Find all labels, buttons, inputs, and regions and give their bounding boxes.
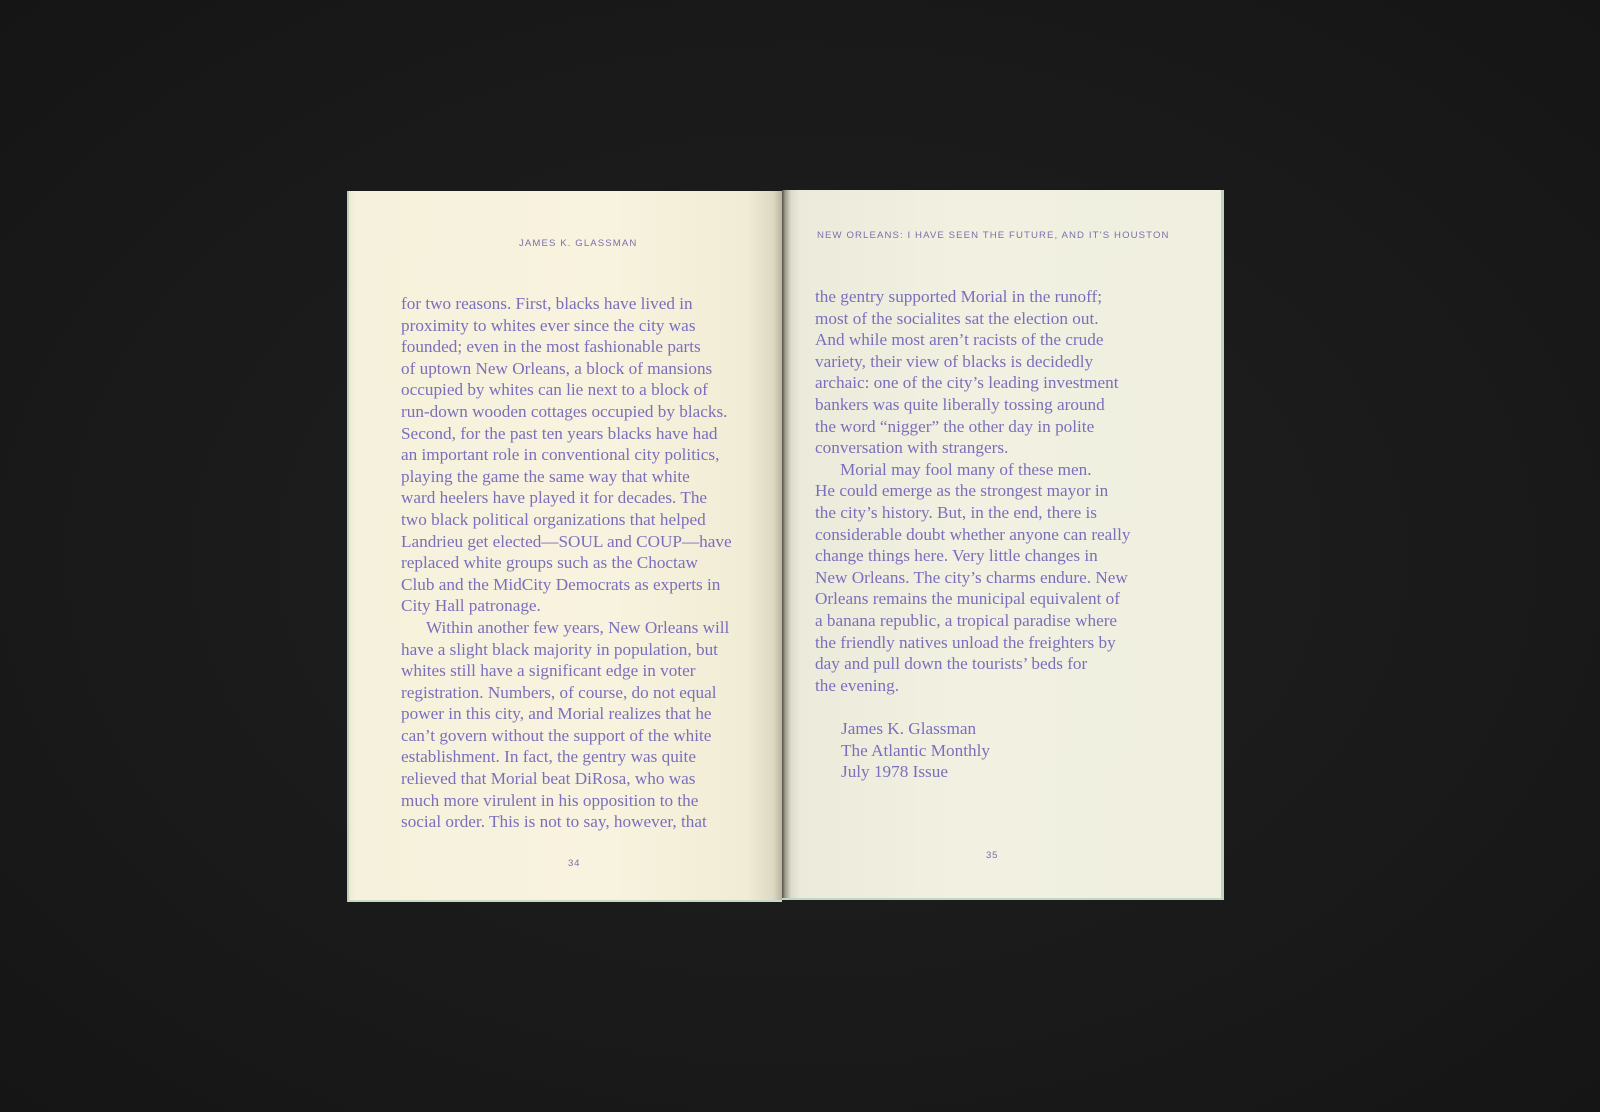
text-line: the evening. — [815, 675, 1130, 697]
text-line: bankers was quite liberally tossing arou… — [815, 394, 1130, 416]
signature-publication: The Atlantic Monthly — [841, 740, 990, 762]
text-line: ward heelers have played it for decades.… — [401, 487, 732, 509]
text-line: variety, their view of blacks is decided… — [815, 351, 1130, 373]
text-line: Second, for the past ten years blacks ha… — [401, 423, 732, 445]
text-line: City Hall patronage. — [401, 595, 732, 617]
text-line: have a slight black majority in populati… — [401, 639, 732, 661]
signature-author: James K. Glassman — [841, 718, 990, 740]
text-line: proximity to whites ever since the city … — [401, 315, 732, 337]
page-number-right: 35 — [986, 850, 998, 861]
text-line: occupied by whites can lie next to a blo… — [401, 379, 732, 401]
text-line: founded; even in the most fashionable pa… — [401, 336, 732, 358]
text-line: establishment. In fact, the gentry was q… — [401, 746, 732, 768]
text-line: replaced white groups such as the Chocta… — [401, 552, 732, 574]
text-line: power in this city, and Morial realizes … — [401, 703, 732, 725]
text-line: He could emerge as the strongest mayor i… — [815, 480, 1130, 502]
text-line: a banana republic, a tropical paradise w… — [815, 610, 1130, 632]
running-head-author: JAMES K. GLASSMAN — [519, 238, 637, 249]
left-page: JAMES K. GLASSMAN for two reasons. First… — [347, 191, 782, 902]
text-line: social order. This is not to say, howeve… — [401, 811, 732, 833]
text-line: And while most aren’t racists of the cru… — [815, 329, 1130, 351]
text-line: considerable doubt whether anyone can re… — [815, 524, 1130, 546]
text-line: two black political organizations that h… — [401, 509, 732, 531]
running-head-title: NEW ORLEANS: I HAVE SEEN THE FUTURE, AND… — [817, 230, 1170, 241]
text-line: of uptown New Orleans, a block of mansio… — [401, 358, 732, 380]
page-number-left: 34 — [568, 858, 580, 869]
text-line: change things here. Very little changes … — [815, 545, 1130, 567]
article-signature: James K. Glassman The Atlantic Monthly J… — [841, 718, 990, 783]
paragraph-start-line: Morial may fool many of these men. — [815, 459, 1130, 481]
left-page-body-text: for two reasons. First, blacks have live… — [401, 293, 732, 833]
text-line: most of the socialites sat the election … — [815, 308, 1130, 330]
right-page: NEW ORLEANS: I HAVE SEEN THE FUTURE, AND… — [782, 190, 1224, 900]
signature-issue: July 1978 Issue — [841, 761, 990, 783]
text-line: can’t govern without the support of the … — [401, 725, 732, 747]
text-line: relieved that Morial beat DiRosa, who wa… — [401, 768, 732, 790]
text-line: the city’s history. But, in the end, the… — [815, 502, 1130, 524]
text-line: Club and the MidCity Democrats as expert… — [401, 574, 732, 596]
text-line: conversation with strangers. — [815, 437, 1130, 459]
open-book-spread: JAMES K. GLASSMAN for two reasons. First… — [347, 188, 1224, 902]
text-line: New Orleans. The city’s charms endure. N… — [815, 567, 1130, 589]
text-line: the friendly natives unload the freighte… — [815, 632, 1130, 654]
text-line: run-down wooden cottages occupied by bla… — [401, 401, 732, 423]
text-line: archaic: one of the city’s leading inves… — [815, 372, 1130, 394]
text-line: registration. Numbers, of course, do not… — [401, 682, 732, 704]
text-line: the word “nigger” the other day in polit… — [815, 416, 1130, 438]
paragraph-start-line: Within another few years, New Orleans wi… — [401, 617, 732, 639]
text-line: whites still have a significant edge in … — [401, 660, 732, 682]
text-line: Landrieu get elected—SOUL and COUP—have — [401, 531, 732, 553]
text-line: Orleans remains the municipal equivalent… — [815, 588, 1130, 610]
text-line: for two reasons. First, blacks have live… — [401, 293, 732, 315]
text-line: playing the game the same way that white — [401, 466, 732, 488]
text-line: the gentry supported Morial in the runof… — [815, 286, 1130, 308]
text-line: much more virulent in his opposition to … — [401, 790, 732, 812]
text-line: an important role in conventional city p… — [401, 444, 732, 466]
text-line: day and pull down the tourists’ beds for — [815, 653, 1130, 675]
right-page-body-text: the gentry supported Morial in the runof… — [815, 286, 1130, 696]
